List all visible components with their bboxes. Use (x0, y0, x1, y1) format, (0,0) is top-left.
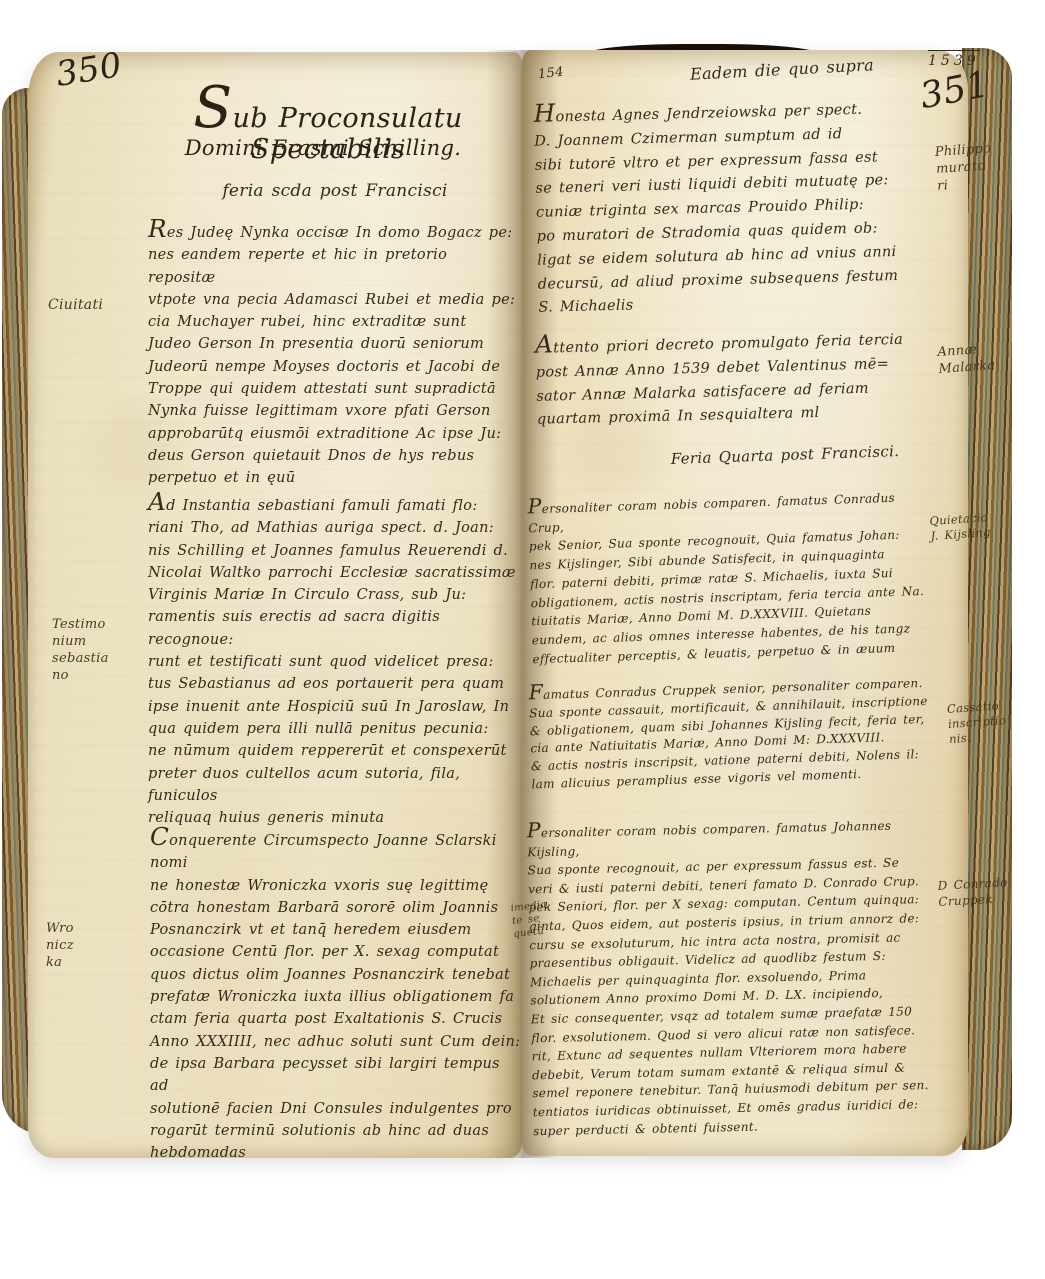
section-heading-line2: Domini Erasmi Schilling. (158, 136, 488, 160)
margin-note-annae-malarka: Annæ Malarka (937, 340, 996, 378)
right-folio-small: 154 (537, 65, 564, 83)
margin-note-philippo-muratori: Philippo murato ri (934, 140, 994, 195)
right-entry-2-text: Attento priori decreto promulgato feria … (535, 325, 929, 433)
left-entry-1-text: Res Judeę Nynka occisæ In domo Bogacz pe… (148, 219, 520, 490)
margin-note-conrado-cruppek: D Conrado Cruppek (937, 874, 1009, 910)
manuscript-photo: 350 Sub Proconsulatu Spectabilis Domini … (0, 0, 1045, 1279)
left-entry-2-text: Ad Instantia sebastiani famuli famati fl… (148, 492, 520, 829)
right-fore-edge-pages (962, 48, 1012, 1150)
left-entry-3-text: Conquerente Circumspecto Joanne Sclarski… (150, 827, 522, 1164)
margin-note-testimonium: Testimo nium sebastia no (52, 616, 109, 684)
margin-note-immediate-sequenti: imedia. te se quetū (510, 898, 553, 941)
right-entry-3-text: Personaliter coram nobis comparen. famat… (527, 486, 936, 669)
right-entry-1-text: Honesta Agnes Jendrzeiowska per spect. D… (533, 94, 930, 321)
margin-note-cassatio-inscriptionis: Cassatio inscriptio nis. (947, 698, 1008, 747)
left-date-heading: feria scda post Francisci (190, 181, 480, 201)
margin-note-quietacio-kijsling: Quietacio J. Kijsling (929, 510, 991, 544)
right-entry-4-text: Famatus Conradus Cruppek senior, persona… (528, 672, 935, 794)
margin-note-civitati: Ciuitati (48, 297, 103, 314)
margin-note-wroniczka: Wro nicz ka (46, 920, 74, 971)
right-entry-5-text: Personaliter coram nobis comparen. famat… (527, 814, 948, 1141)
